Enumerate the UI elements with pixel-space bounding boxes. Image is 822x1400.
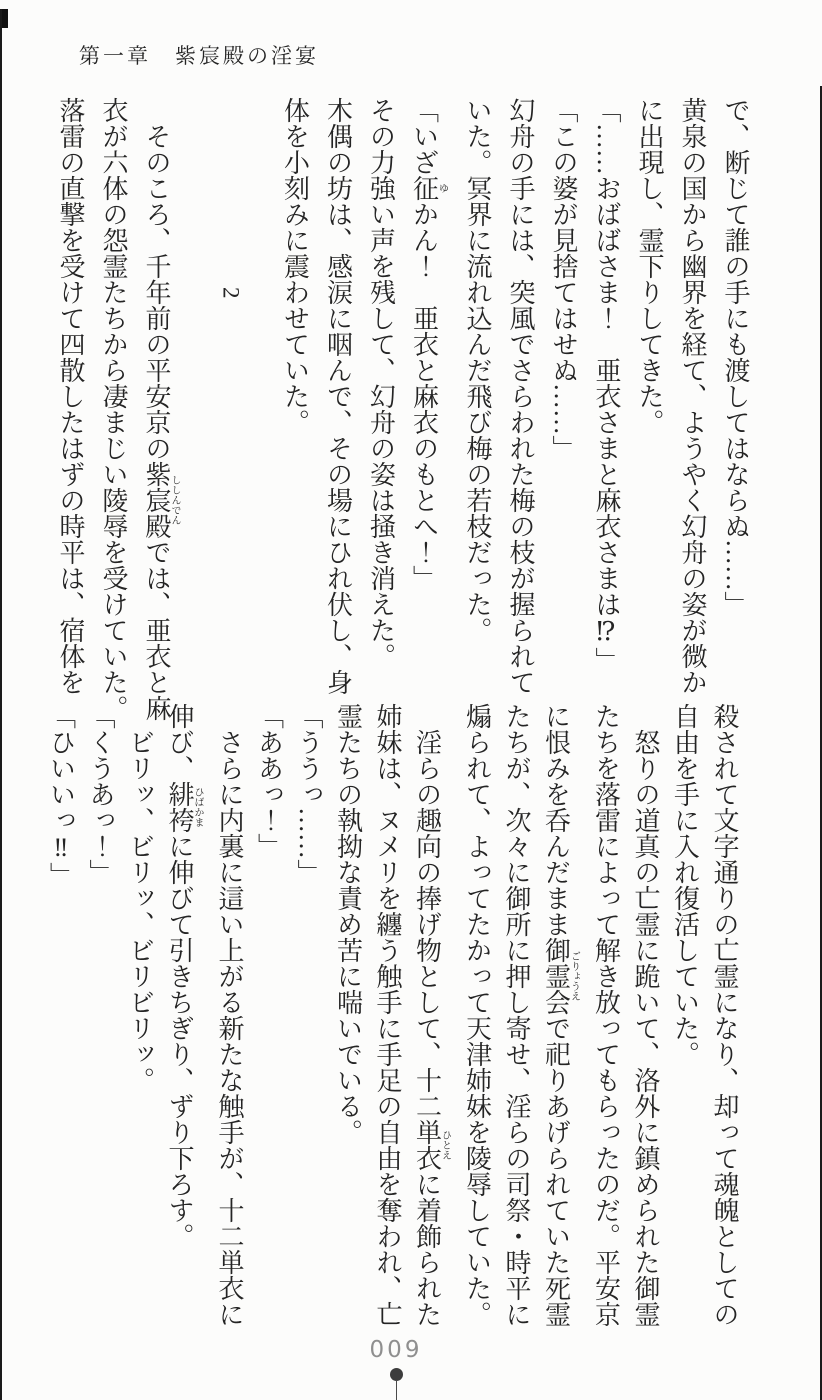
text-column: 「くうあっ！」 — [87, 703, 113, 885]
text-column: 「ひいいっ‼」 — [48, 703, 74, 888]
text-column: 煽られて、よってたかって天津姉妹を陵辱していた。 — [464, 703, 490, 1327]
text-column: 伸び、緋袴ひばかまに伸びて引きちぎり、ずり下ろす。 — [166, 703, 203, 1249]
text-column: で、断じて誰の手にも渡してはならぬ……」 — [722, 97, 748, 617]
text-column: 霊たちの執拗な責め苦に喘いでいる。 — [335, 703, 361, 1145]
text-column: たちが、次々に御所に押し寄せ、淫らの司祭・時平に — [503, 703, 529, 1327]
text-column: 淫らの趣向の捧げ物として、十二単衣ひとえに着飾られた — [414, 703, 451, 1327]
text-block-bottom: 殺されて文字通りの亡霊になり、却って魂魄としての自由を手に入れ復活していた。 怒… — [48, 703, 738, 1329]
text-column: その力強い声を残して、幻舟の姿は掻き消えた。 — [368, 97, 394, 669]
text-column: 「……おばばさま！ 亜衣さまと麻衣さまは⁉」 — [593, 97, 619, 673]
text-column: 姉妹は、ヌメリを纏う触手に手足の自由を奪われ、亡 — [374, 703, 400, 1327]
text-column: 衣が六体の怨霊たちから凄まじい陵辱を受けていた。 — [100, 97, 126, 721]
binding-mark-line — [396, 1380, 397, 1400]
text-column: 体を小刻みに震わせていた。 — [282, 97, 308, 435]
text-column: 殺されて文字通りの亡霊になり、却って魂魄としての — [711, 703, 737, 1327]
text-column: に出現し、霊下りしてきた。 — [636, 97, 662, 435]
text-column: そのころ、千年前の平安京の紫宸殿ししんでんでは、亜衣と麻 — [143, 97, 180, 721]
scan-edge-line-left — [0, 9, 2, 1400]
text-column: 「この婆が見捨てはせぬ……」 — [550, 97, 576, 461]
text-column: さらに内裏に這い上がる新たな触手が、十二単衣に — [216, 703, 242, 1327]
text-column: 木偶の坊は、感涙に咽んで、その場にひれ伏し、身 — [325, 97, 351, 695]
text-block-top: で、断じて誰の手にも渡してはならぬ……」黄泉の国から幽界を経て、ようやく幻舟の姿… — [57, 97, 748, 697]
text-column: たちを落雷によって解き放ってもらったのだ。平安京 — [593, 703, 619, 1327]
text-column: 落雷の直撃を受けて四散したはずの時平は、宿体を — [57, 97, 83, 695]
book-page: 第一章 紫宸殿の淫宴 で、断じて誰の手にも渡してはならぬ……」黄泉の国から幽界を… — [0, 0, 822, 1400]
chapter-header: 第一章 紫宸殿の淫宴 — [79, 40, 319, 70]
text-column: 「ああっ！」 — [256, 703, 282, 859]
text-column: 黄泉の国から幽界を経て、ようやく幻舟の姿が微か — [679, 97, 705, 695]
text-column: いた。冥界に流れ込んだ飛び梅の若枝だった。 — [464, 97, 490, 643]
text-column: 「ううっ……」 — [295, 703, 321, 885]
page-number: 009 — [336, 1337, 456, 1363]
text-column: に恨みを呑んだまま御霊会ごりょうえで祀りあげられていた死霊 — [543, 703, 580, 1327]
text-column: 「いざ征ゆかん！ 亜衣と麻衣のもとへ！」 — [411, 97, 448, 591]
text-column: 自由を手に入れ復活していた。 — [672, 703, 698, 1067]
text-column: 怒りの道真の亡霊に跪いて、洛外に鎮められた御霊 — [632, 703, 658, 1327]
text-column: ビリッ、ビリッ、ビリビリッ。 — [127, 703, 153, 1093]
text-column: 幻舟の手には、突風でさらわれた梅の枝が握られて — [507, 97, 533, 695]
section-number: 2 — [218, 97, 244, 299]
